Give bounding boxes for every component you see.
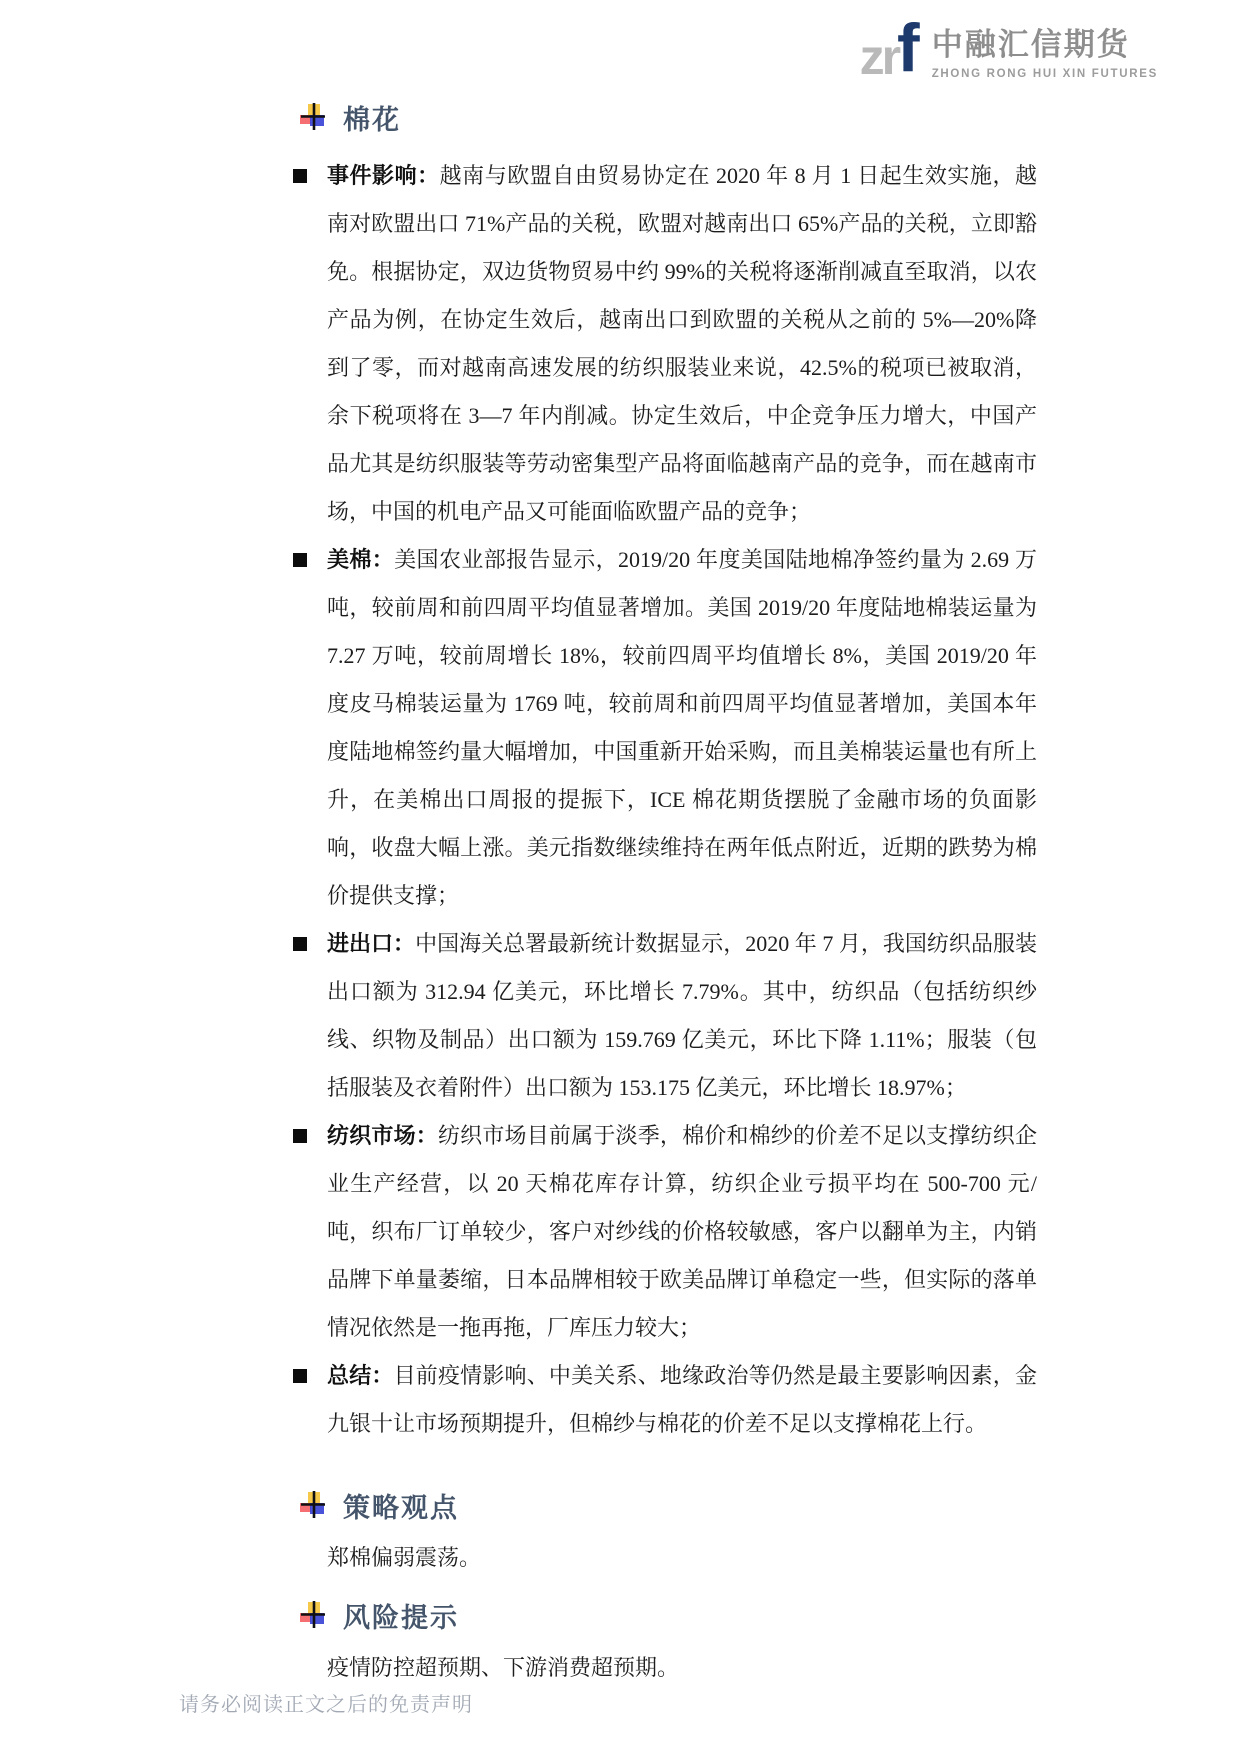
risk-warning-text: 疫情防控超预期、下游消费超预期。 [327, 1644, 1037, 1692]
bullet-text: 目前疫情影响、中美关系、地缘政治等仍然是最主要影响因素，金九银十让市场预期提升，… [327, 1363, 1037, 1436]
bullet-item-event-impact: 事件影响：越南与欧盟自由贸易协定在 2020 年 8 月 1 日起生效实施，越南… [293, 152, 1037, 536]
bullet-item-textile-market: 纺织市场：纺织市场目前属于淡季，棉价和棉纱的价差不足以支撑纺织企业生产经营，以 … [293, 1112, 1037, 1352]
bullet-text: 中国海关总署最新统计数据显示，2020 年 7 月，我国纺织品服装出口额为 31… [327, 931, 1037, 1100]
bullet-text: 美国农业部报告显示，2019/20 年度美国陆地棉净签约量为 2.69 万吨，较… [327, 547, 1037, 908]
square-bullet-icon [293, 169, 307, 183]
disclaimer-note: 请务必阅读正文之后的免责声明 [179, 1688, 473, 1717]
bullet-item-summary: 总结：目前疫情影响、中美关系、地缘政治等仍然是最主要影响因素，金九银十让市场预期… [293, 1352, 1037, 1448]
square-bullet-icon [293, 1129, 307, 1143]
bullet-label: 进出口： [327, 931, 415, 956]
section-title-strategy: 策略观点 [343, 1486, 459, 1525]
square-bullet-icon [293, 937, 307, 951]
section-heading-cotton: 棉花 [299, 94, 1240, 140]
bullet-item-us-cotton: 美棉：美国农业部报告显示，2019/20 年度美国陆地棉净签约量为 2.69 万… [293, 536, 1037, 920]
cotton-bullet-list: 事件影响：越南与欧盟自由贸易协定在 2020 年 8 月 1 日起生效实施，越南… [293, 152, 1037, 1448]
company-name-cn: 中融汇信期货 [932, 19, 1158, 64]
bullet-label: 纺织市场： [327, 1123, 438, 1148]
bullet-text: 越南与欧盟自由贸易协定在 2020 年 8 月 1 日起生效实施，越南对欧盟出口… [327, 163, 1037, 524]
logo-zr-text: zr [860, 32, 898, 82]
section-marker-icon [299, 1601, 327, 1629]
square-bullet-icon [293, 1369, 307, 1383]
report-page: zr f 中融汇信期货 ZHONG RONG HUI XIN FUTURES 棉… [0, 0, 1240, 1753]
section-heading-risk: 风险提示 [299, 1592, 1240, 1638]
bullet-label: 总结： [327, 1363, 394, 1388]
bullet-text: 纺织市场目前属于淡季，棉价和棉纱的价差不足以支撑纺织企业生产经营，以 20 天棉… [327, 1123, 1037, 1340]
section-title-risk: 风险提示 [343, 1596, 459, 1635]
logo-f-text: f [897, 14, 920, 82]
strategy-view-text: 郑棉偏弱震荡。 [327, 1534, 1037, 1582]
section-heading-strategy: 策略观点 [299, 1482, 1240, 1528]
bullet-item-import-export: 进出口：中国海关总署最新统计数据显示，2020 年 7 月，我国纺织品服装出口额… [293, 920, 1037, 1112]
company-name-block: 中融汇信期货 ZHONG RONG HUI XIN FUTURES [932, 19, 1158, 82]
section-marker-icon [299, 103, 327, 131]
bullet-label: 事件影响： [327, 163, 440, 188]
company-name-en: ZHONG RONG HUI XIN FUTURES [932, 68, 1158, 80]
section-marker-icon [299, 1491, 327, 1519]
bullet-label: 美棉： [327, 547, 394, 572]
square-bullet-icon [293, 553, 307, 567]
zrf-logo-mark: zr f [860, 14, 920, 82]
company-logo: zr f 中融汇信期货 ZHONG RONG HUI XIN FUTURES [860, 14, 1158, 82]
section-title-cotton: 棉花 [343, 98, 401, 137]
